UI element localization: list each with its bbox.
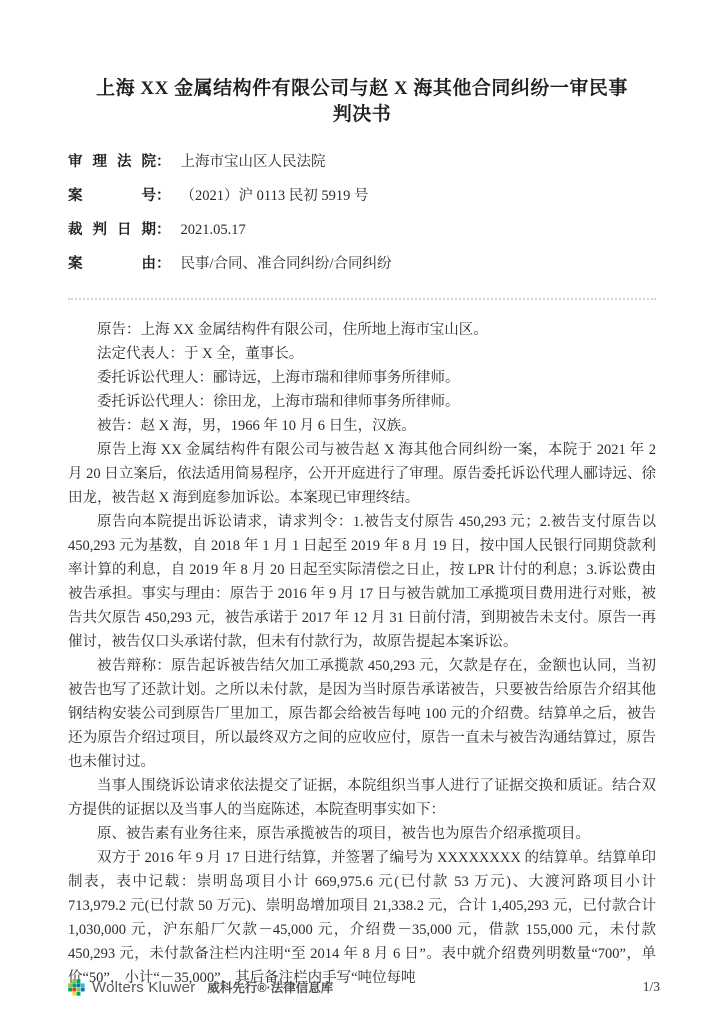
paragraph-evidence-exchange: 当事人围绕诉讼请求依法提交了证据，本院组织当事人进行了证据交换和质证。结合双方提… xyxy=(68,774,656,822)
paragraph-defense: 被告辩称：原告起诉被告结欠加工承揽款 450,293 元，欠款是存在，金额也认同… xyxy=(68,654,656,774)
document-title: 上海 XX 金属结构件有限公司与赵 X 海其他合同纠纷一审民事判决书 xyxy=(92,76,632,128)
judgment-document-page: 上海 XX 金属结构件有限公司与赵 X 海其他合同纠纷一审民事判决书 审理法院：… xyxy=(0,0,724,1024)
meta-label: 案由 xyxy=(68,252,156,273)
meta-value: 2021.05.17 xyxy=(181,222,246,239)
paragraph-case-filing: 原告上海 XX 金属结构件有限公司与被告赵 X 海其他合同纠纷一案，本院于 20… xyxy=(68,438,656,510)
wolters-kluwer-logo-icon xyxy=(68,979,85,996)
page-footer: Wolters Kluwer 威科先行®·法律信息库 1/3 xyxy=(68,978,660,996)
meta-value: （2021）沪 0113 民初 5919 号 xyxy=(181,184,369,205)
meta-row-case-number: 案号： （2021）沪 0113 民初 5919 号 xyxy=(68,184,656,218)
page-number: 1/3 xyxy=(643,979,660,995)
product-name: 威科先行®·法律信息库 xyxy=(207,978,333,996)
meta-value: 民事/合同、准合同纠纷/合同纠纷 xyxy=(181,252,392,273)
paragraph-claims: 原告向本院提出诉讼请求，请求判令：1.被告支付原告 450,293 元；2.被告… xyxy=(68,510,656,654)
meta-label: 审理法院 xyxy=(68,150,156,171)
paragraph-attorney-1: 委托诉讼代理人：郦诗远，上海市瑞和律师事务所律师。 xyxy=(68,366,656,390)
paragraph-defendant: 被告：赵 X 海，男，1966 年 10 月 6 日生，汉族。 xyxy=(68,414,656,438)
meta-colon: ： xyxy=(156,184,171,205)
case-metadata: 审理法院： 上海市宝山区人民法院 案号： （2021）沪 0113 民初 591… xyxy=(68,150,656,286)
meta-colon: ： xyxy=(156,252,171,273)
paragraph-business-relationship: 原、被告素有业务往来，原告承揽被告的项目，被告也为原告介绍承揽项目。 xyxy=(68,822,656,846)
meta-label: 案号 xyxy=(68,184,156,205)
meta-label: 裁判日期 xyxy=(68,218,156,239)
paragraph-settlement-record: 双方于 2016 年 9 月 17 日进行结算，并签署了编号为 XXXXXXXX… xyxy=(68,846,656,990)
meta-colon: ： xyxy=(156,150,171,171)
paragraph-plaintiff: 原告：上海 XX 金属结构件有限公司，住所地上海市宝山区。 xyxy=(68,318,656,342)
brand-wordmark: Wolters Kluwer xyxy=(92,979,195,996)
meta-value: 上海市宝山区人民法院 xyxy=(181,150,326,171)
document-body: 原告：上海 XX 金属结构件有限公司，住所地上海市宝山区。 法定代表人：于 X … xyxy=(68,318,656,990)
section-divider xyxy=(68,298,656,300)
paragraph-legal-representative: 法定代表人：于 X 全，董事长。 xyxy=(68,342,656,366)
paragraph-attorney-2: 委托诉讼代理人：徐田龙，上海市瑞和律师事务所律师。 xyxy=(68,390,656,414)
meta-row-judgment-date: 裁判日期： 2021.05.17 xyxy=(68,218,656,252)
meta-row-court: 审理法院： 上海市宝山区人民法院 xyxy=(68,150,656,184)
meta-colon: ： xyxy=(156,218,171,239)
meta-row-cause-of-action: 案由： 民事/合同、准合同纠纷/合同纠纷 xyxy=(68,252,656,286)
